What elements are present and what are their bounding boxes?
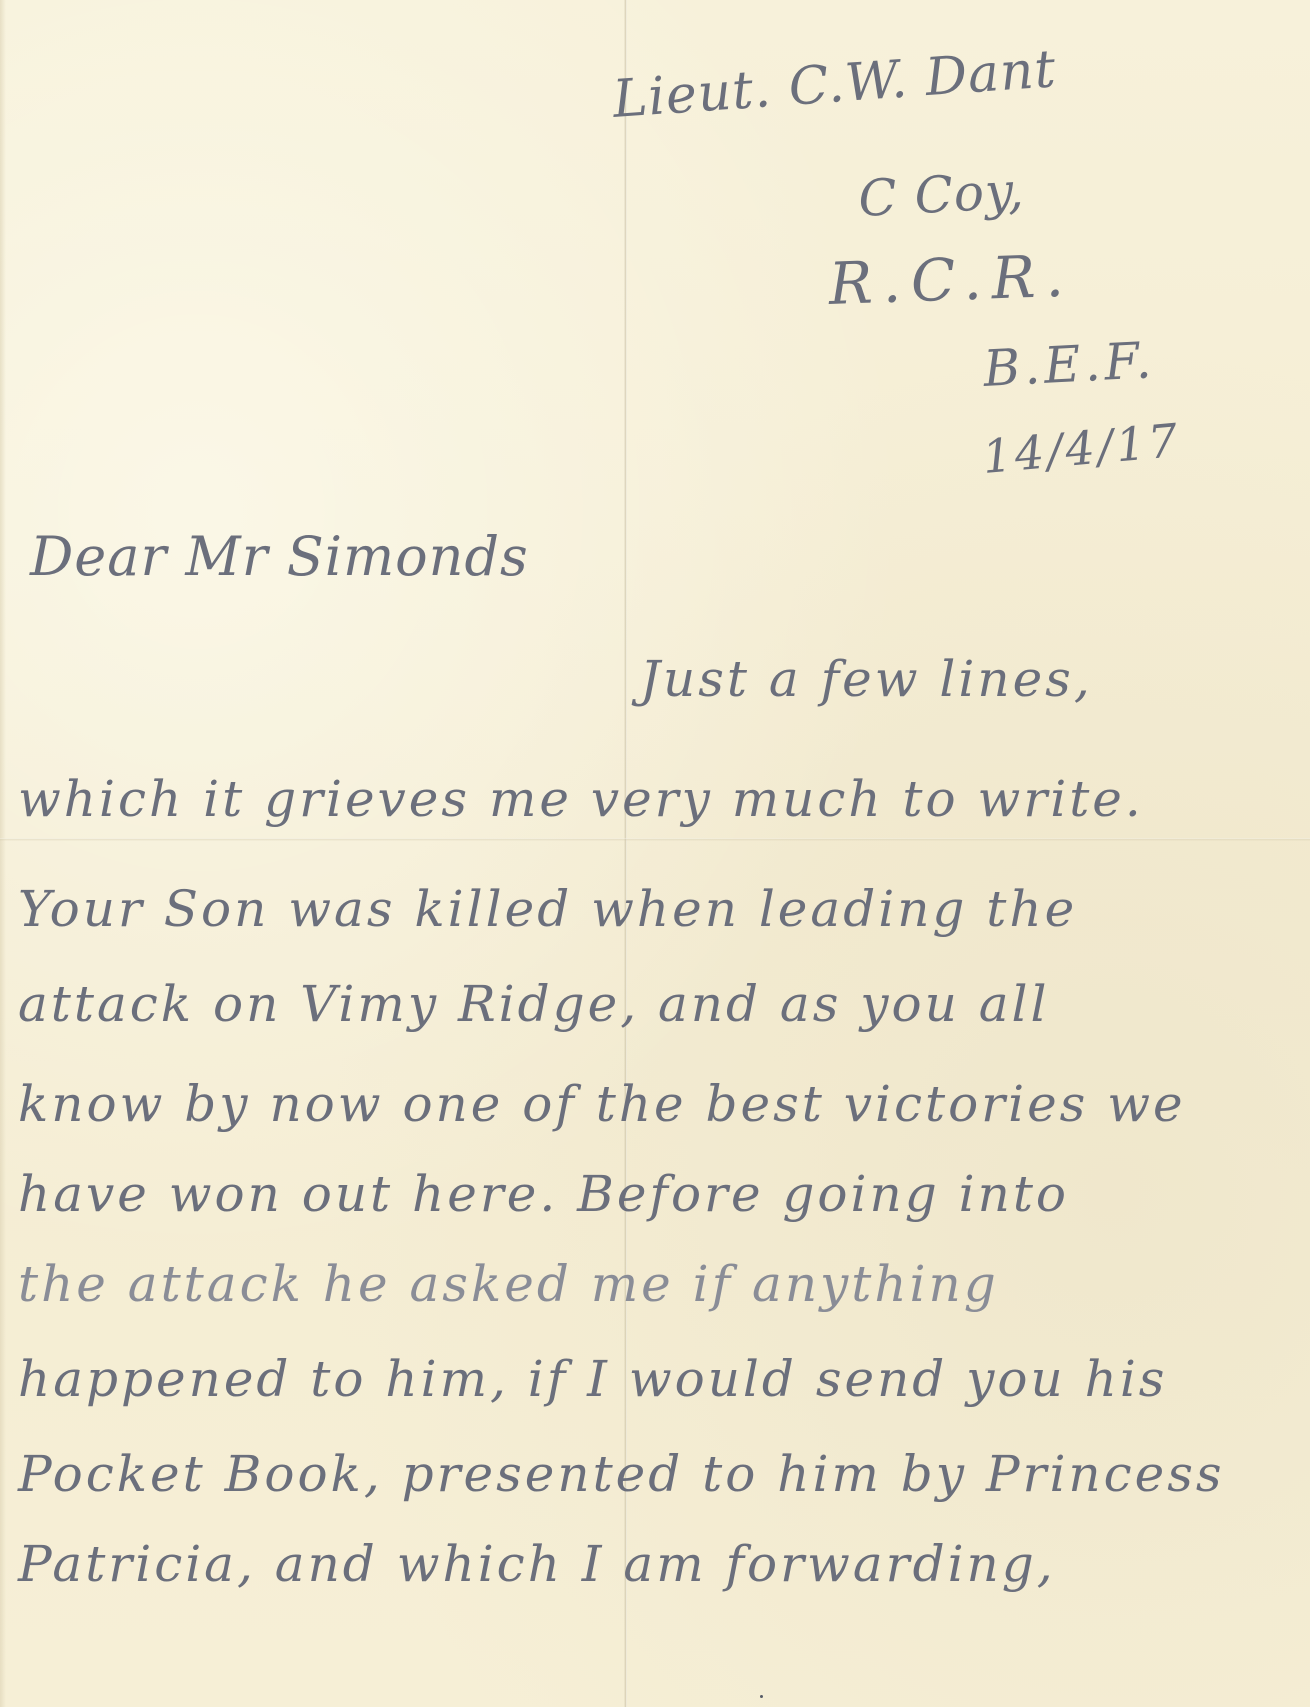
sender-company: C Coy, xyxy=(857,161,1026,228)
ink-mark xyxy=(760,1695,763,1698)
sender-name: Lieut. C.W. Dant xyxy=(611,39,1058,130)
paper-edge xyxy=(0,0,6,1707)
body-line: Pocket Book, presented to him by Princes… xyxy=(18,1445,1225,1503)
body-line: know by now one of the best victories we xyxy=(18,1075,1186,1133)
letter-page: Lieut. C.W. Dant C Coy, R.C.R. B.E.F. 14… xyxy=(0,0,1310,1707)
body-line: the attack he asked me if anything xyxy=(18,1255,999,1313)
body-line: which it grieves me very much to write. xyxy=(18,770,1144,828)
salutation: Dear Mr Simonds xyxy=(30,525,529,588)
body-line: Patricia, and which I am forwarding, xyxy=(18,1535,1056,1593)
body-line: attack on Vimy Ridge, and as you all xyxy=(18,975,1050,1033)
sender-force: B.E.F. xyxy=(982,331,1157,398)
sender-regiment: R.C.R. xyxy=(828,241,1075,318)
body-line: Your Son was killed when leading the xyxy=(18,880,1077,938)
body-line: have won out here. Before going into xyxy=(18,1165,1069,1223)
horizontal-fold-crease xyxy=(0,838,1310,841)
body-line: happened to him, if I would send you his xyxy=(18,1350,1167,1408)
body-line: Just a few lines, xyxy=(640,650,1093,708)
letter-date: 14/4/17 xyxy=(980,413,1182,484)
